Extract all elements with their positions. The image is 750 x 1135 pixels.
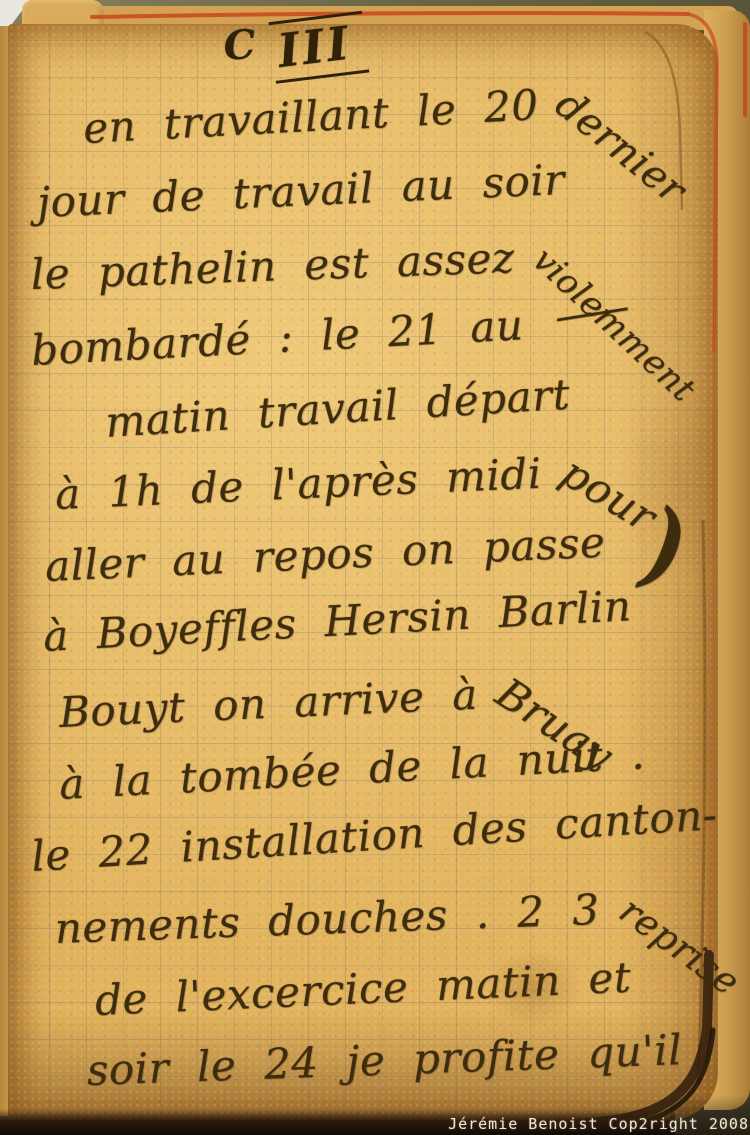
line-tail-flourish: —— xyxy=(551,282,624,341)
red-margin-edge-mark xyxy=(743,22,747,117)
copyright-watermark: Jérémie Benoist Cop2right 2008 xyxy=(448,1115,749,1133)
chapter-letter: C xyxy=(222,21,257,70)
chapter-numeral: III xyxy=(268,11,368,84)
notebook-photo: C III en travaillant le 20 dernier jour … xyxy=(0,0,750,1135)
chapter-heading: C III xyxy=(222,13,367,85)
line-tail-flourish: ) xyxy=(647,541,685,549)
